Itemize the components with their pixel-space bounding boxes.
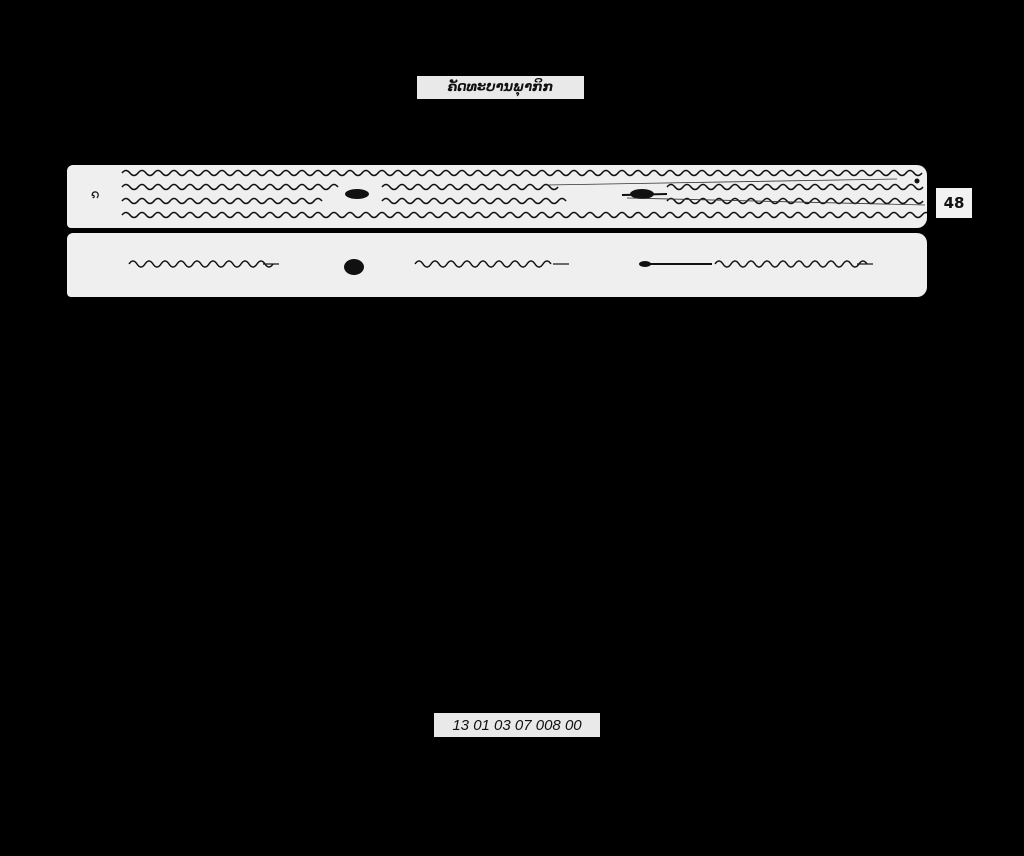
title-label: ຄັດທະບານພຸາກິກ xyxy=(417,76,584,99)
archive-id-label: 13 01 03 07 008 00 xyxy=(434,713,600,737)
page-number-label: 48 xyxy=(936,188,972,218)
title-script xyxy=(67,233,927,297)
palm-leaf-text-side: ၵ xyxy=(67,165,927,228)
palm-leaf-title-side xyxy=(67,233,927,297)
margin-glyph: ၵ xyxy=(91,186,100,202)
script-lines: ၵ xyxy=(67,165,927,228)
